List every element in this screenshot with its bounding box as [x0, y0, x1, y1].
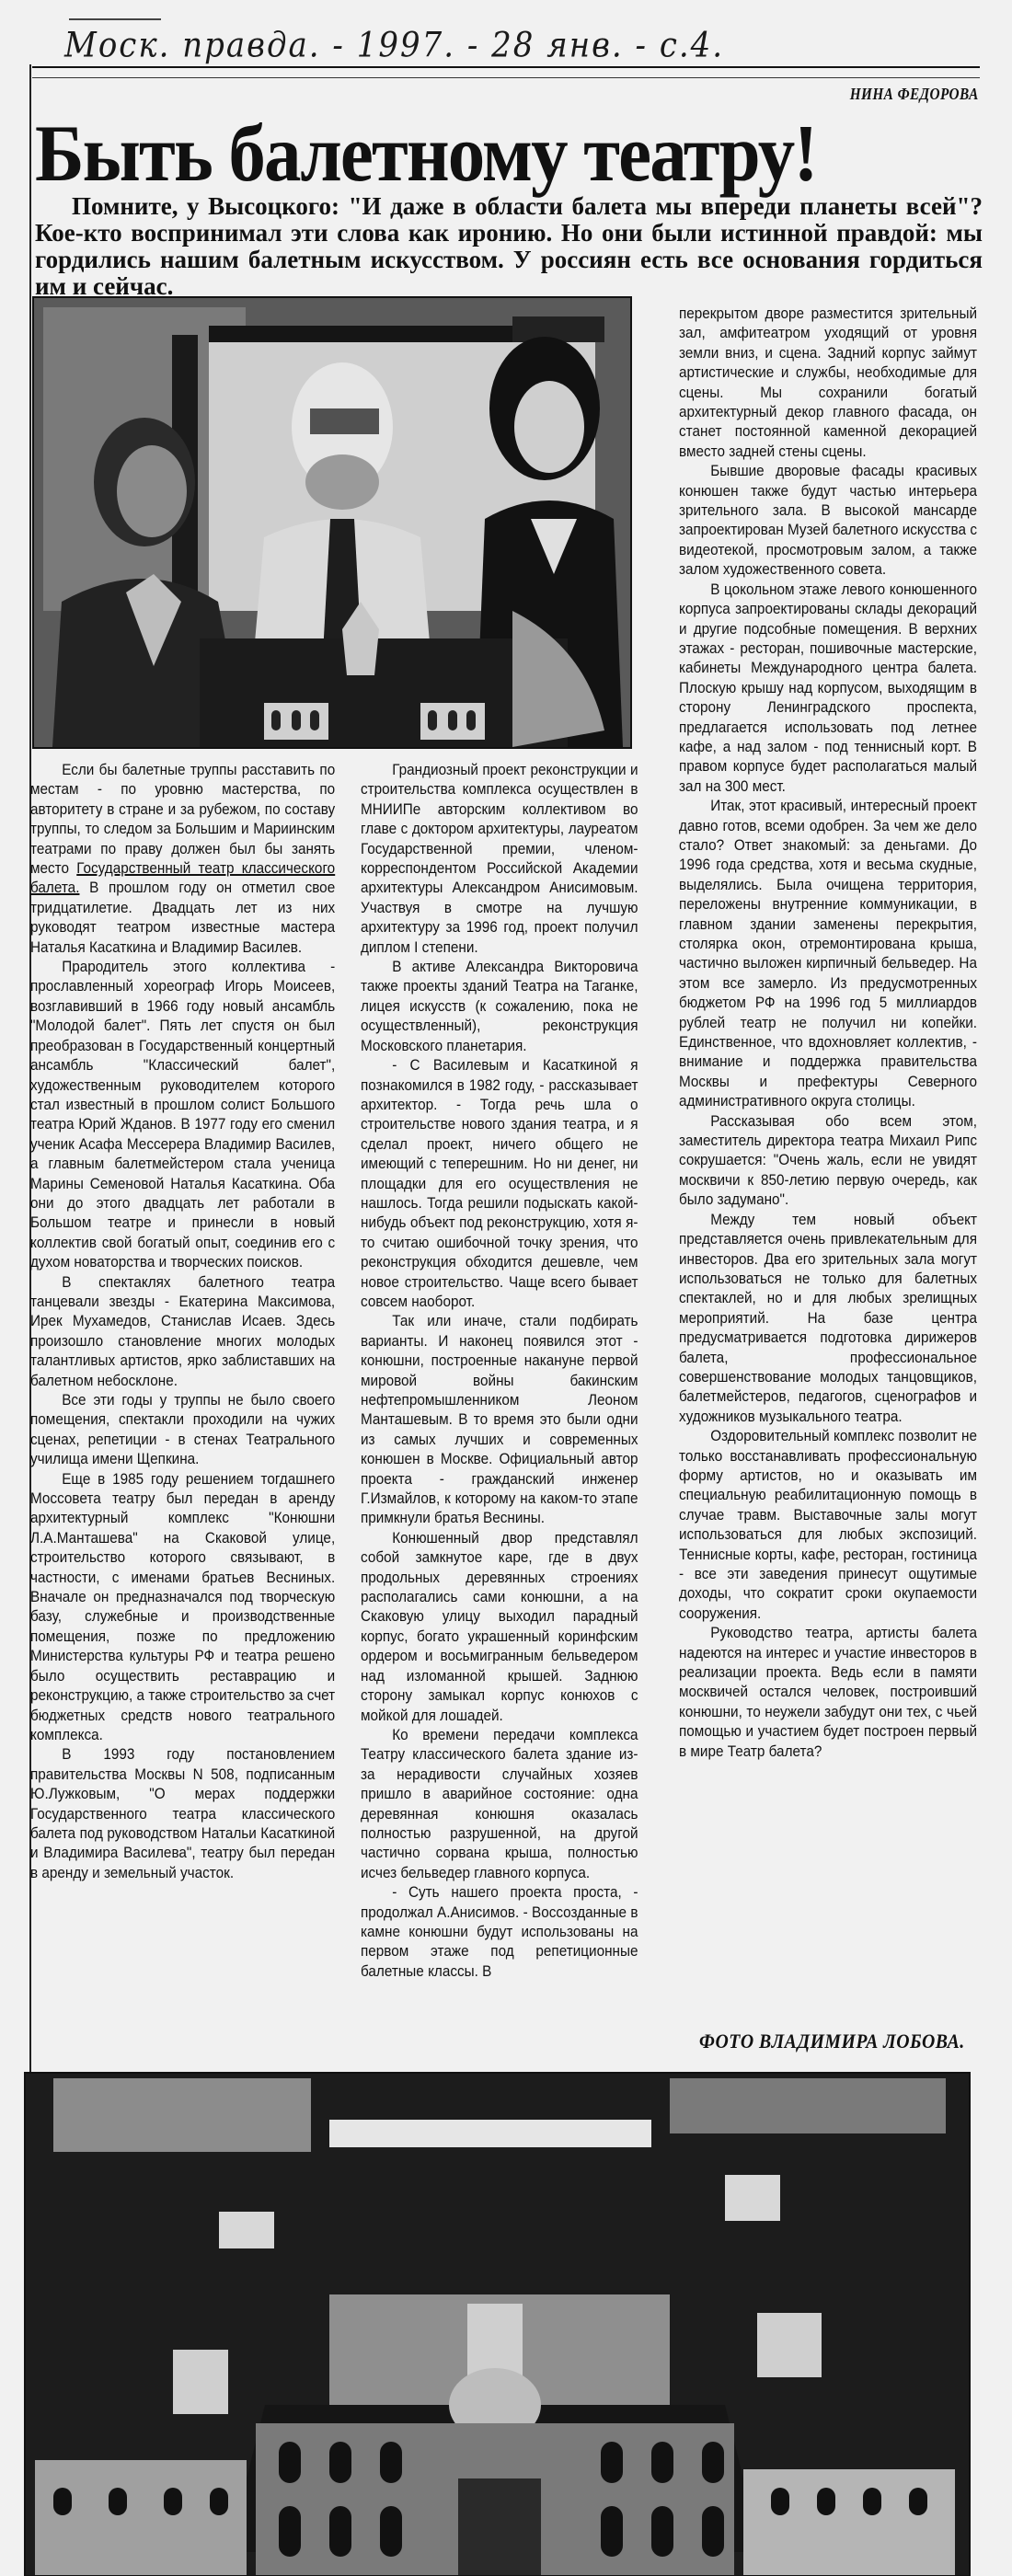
paragraph: В 1993 году постановлением правительства…	[30, 1744, 335, 1882]
paragraph: В цокольном этаже левого конюшенного кор…	[679, 580, 977, 796]
paragraph: Прародитель этого коллектива - прославле…	[30, 957, 335, 1272]
paragraph: В активе Александра Викторовича также пр…	[361, 957, 638, 1055]
scan-mark	[69, 18, 161, 20]
header-rule-thin	[32, 77, 980, 78]
paragraph: Итак, этот красивый, интересный проект д…	[679, 796, 977, 1111]
photo-people-with-model-image	[34, 298, 630, 747]
paragraph: Руководство театра, артисты балета надею…	[679, 1623, 977, 1761]
paragraph: В спектаклях балетного театра танцевали …	[30, 1272, 335, 1390]
photo-architectural-model	[24, 2072, 971, 2576]
paragraph: Все эти годы у труппы не было своего пом…	[30, 1390, 335, 1469]
paragraph: Грандиозный проект реконструкции и строи…	[361, 760, 638, 957]
paragraph: - С Василевым и Касаткиной я познакомилс…	[361, 1055, 638, 1311]
article-column-2: Грандиозный проект реконструкции и строи…	[361, 760, 638, 1981]
paragraph: Между тем новый объект представляется оч…	[679, 1210, 977, 1426]
article-column-3: перекрытом дворе разместится зрительный …	[679, 304, 977, 1761]
newspaper-clipping: Моск. правда. - 1997. - 28 янв. - с.4. Н…	[0, 0, 1012, 2576]
lead-paragraph: Помните, у Высоцкого: "И даже в области …	[35, 193, 983, 300]
article-column-1: Если бы балетные труппы расставить по ме…	[30, 760, 335, 1882]
paragraph: Конюшенный двор представлял собой замкну…	[361, 1528, 638, 1725]
paragraph: - Суть нашего проекта проста, - продолжа…	[361, 1882, 638, 1981]
photo-architectural-model-image	[26, 2074, 969, 2575]
byline: НИНА ФЕДОРОВА	[850, 85, 979, 104]
lead-text: Помните, у Высоцкого: "И даже в области …	[35, 192, 983, 300]
paragraph: Еще в 1985 году решением тогдашнего Мосс…	[30, 1469, 335, 1745]
paragraph: Оздоровительный комплекс позволит не тол…	[679, 1426, 977, 1623]
photo-credit: ФОТО ВЛАДИМИРА ЛОБОВА.	[699, 2030, 965, 2053]
paragraph: перекрытом дворе разместится зрительный …	[679, 304, 977, 461]
paragraph: Бывшие дворовые фасады красивых конюшен …	[679, 461, 977, 579]
paragraph: Если бы балетные труппы расставить по ме…	[30, 760, 335, 957]
paragraph: Рассказывая обо всем этом, заместитель д…	[679, 1111, 977, 1210]
header-rule	[32, 66, 980, 68]
paragraph: Так или иначе, стали подбирать варианты.…	[361, 1311, 638, 1527]
headline: Быть балетному театру!	[35, 109, 915, 201]
photo-people-with-model	[32, 296, 632, 749]
handwritten-source-note: Моск. правда. - 1997. - 28 янв. - с.4.	[64, 26, 724, 76]
paragraph: Ко времени передачи комплекса Театру кла…	[361, 1725, 638, 1882]
